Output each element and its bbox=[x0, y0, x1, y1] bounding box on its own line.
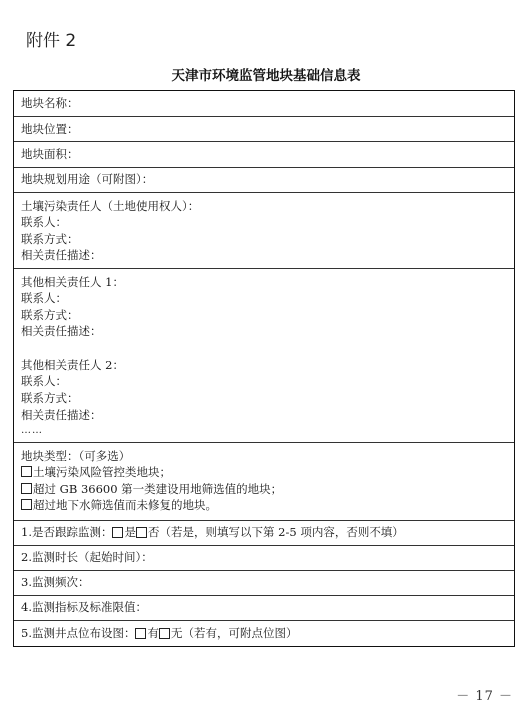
no-checkbox[interactable] bbox=[136, 527, 147, 538]
plot-type-option[interactable]: 超过地下水筛选值而未修复的地块。 bbox=[21, 497, 514, 514]
plot-area-label: 地块面积： bbox=[21, 146, 79, 163]
responsibility-description-label: 相关责任描述： bbox=[21, 247, 514, 264]
contact-person-label: 联系人： bbox=[21, 373, 514, 390]
row-monitoring-indicators: 4.监测指标及标准限值： bbox=[14, 595, 514, 621]
info-table: 地块名称： 地块位置： 地块面积： 地块规划用途（可附图）： 土壤污染责任人（土… bbox=[13, 90, 515, 647]
plot-type-heading: 地块类型：（可多选） bbox=[21, 448, 514, 465]
row-tracking-monitoring: 1.是否跟踪监测： 是 否 （若是，则填写以下第 2-5 项内容，否则不填） bbox=[14, 520, 514, 545]
monitoring-duration-label: 2.监测时长（起始时间）： bbox=[21, 549, 153, 566]
yes-checkbox[interactable] bbox=[135, 628, 146, 639]
row-monitoring-well-layout: 5.监测井点位布设图： 有 无 （若有，可附点位图） bbox=[14, 620, 514, 646]
row-plot-type: 地块类型：（可多选） 土壤污染风险管控类地块； 超过 GB 36600 第一类建… bbox=[14, 442, 514, 520]
plot-location-label: 地块位置： bbox=[21, 121, 79, 138]
row-soil-responsible: 土壤污染责任人（土地使用权人）： 联系人： 联系方式： 相关责任描述： bbox=[14, 192, 514, 268]
contact-person-label: 联系人： bbox=[21, 290, 514, 307]
plot-planned-use-label: 地块规划用途（可附图）： bbox=[21, 171, 153, 188]
checkbox[interactable] bbox=[21, 466, 32, 477]
yes-label: 有 bbox=[147, 625, 159, 642]
row-plot-location: 地块位置： bbox=[14, 116, 514, 141]
plot-name-label: 地块名称： bbox=[21, 95, 79, 112]
attachment-label: 附件 2 bbox=[26, 26, 76, 51]
soil-responsible-heading: 土壤污染责任人（土地使用权人）： bbox=[21, 198, 514, 215]
responsibility-description-label: 相关责任描述： bbox=[21, 407, 514, 424]
plot-type-option[interactable]: 土壤污染风险管控类地块； bbox=[21, 464, 514, 481]
tracking-monitoring-note: （若是，则填写以下第 2-5 项内容，否则不填） bbox=[159, 524, 403, 541]
monitoring-frequency-label: 3.监测频次： bbox=[21, 574, 89, 591]
plot-type-option-label: 超过地下水筛选值而未修复的地块。 bbox=[33, 498, 217, 512]
plot-type-option-label: 土壤污染风险管控类地块； bbox=[33, 465, 171, 479]
yes-checkbox[interactable] bbox=[112, 527, 123, 538]
contact-method-label: 联系方式： bbox=[21, 231, 514, 248]
ellipsis: …… bbox=[21, 423, 514, 440]
plot-type-option-label: 超过 GB 36600 第一类建设用地筛选值的地块； bbox=[33, 482, 282, 496]
row-plot-planned-use: 地块规划用途（可附图）： bbox=[14, 167, 514, 192]
row-other-responsible: 其他相关责任人 1： 联系人： 联系方式： 相关责任描述： 其他相关责任人 2：… bbox=[14, 268, 514, 442]
page-number: － 17 － bbox=[456, 685, 513, 704]
checkbox[interactable] bbox=[21, 499, 32, 510]
spacer bbox=[21, 340, 514, 357]
row-monitoring-duration: 2.监测时长（起始时间）： bbox=[14, 545, 514, 570]
plot-type-option[interactable]: 超过 GB 36600 第一类建设用地筛选值的地块； bbox=[21, 481, 514, 498]
contact-method-label: 联系方式： bbox=[21, 390, 514, 407]
responsibility-description-label: 相关责任描述： bbox=[21, 323, 514, 340]
monitoring-well-layout-note: （若有，可附点位图） bbox=[182, 625, 297, 642]
page-title: 天津市环境监管地块基础信息表 bbox=[0, 64, 532, 84]
row-plot-name: 地块名称： bbox=[14, 91, 514, 116]
other-responsible-1-heading: 其他相关责任人 1： bbox=[21, 274, 514, 291]
checkbox[interactable] bbox=[21, 483, 32, 494]
monitoring-well-layout-label: 5.监测井点位布设图： bbox=[21, 625, 135, 642]
no-checkbox[interactable] bbox=[159, 628, 170, 639]
tracking-monitoring-label: 1.是否跟踪监测： bbox=[21, 524, 112, 541]
no-label: 无 bbox=[171, 625, 183, 642]
no-label: 否 bbox=[148, 524, 160, 541]
row-plot-area: 地块面积： bbox=[14, 141, 514, 167]
contact-method-label: 联系方式： bbox=[21, 307, 514, 324]
monitoring-indicators-label: 4.监测指标及标准限值： bbox=[21, 599, 147, 616]
row-monitoring-frequency: 3.监测频次： bbox=[14, 570, 514, 595]
yes-label: 是 bbox=[124, 524, 136, 541]
other-responsible-2-heading: 其他相关责任人 2： bbox=[21, 357, 514, 374]
contact-person-label: 联系人： bbox=[21, 214, 514, 231]
